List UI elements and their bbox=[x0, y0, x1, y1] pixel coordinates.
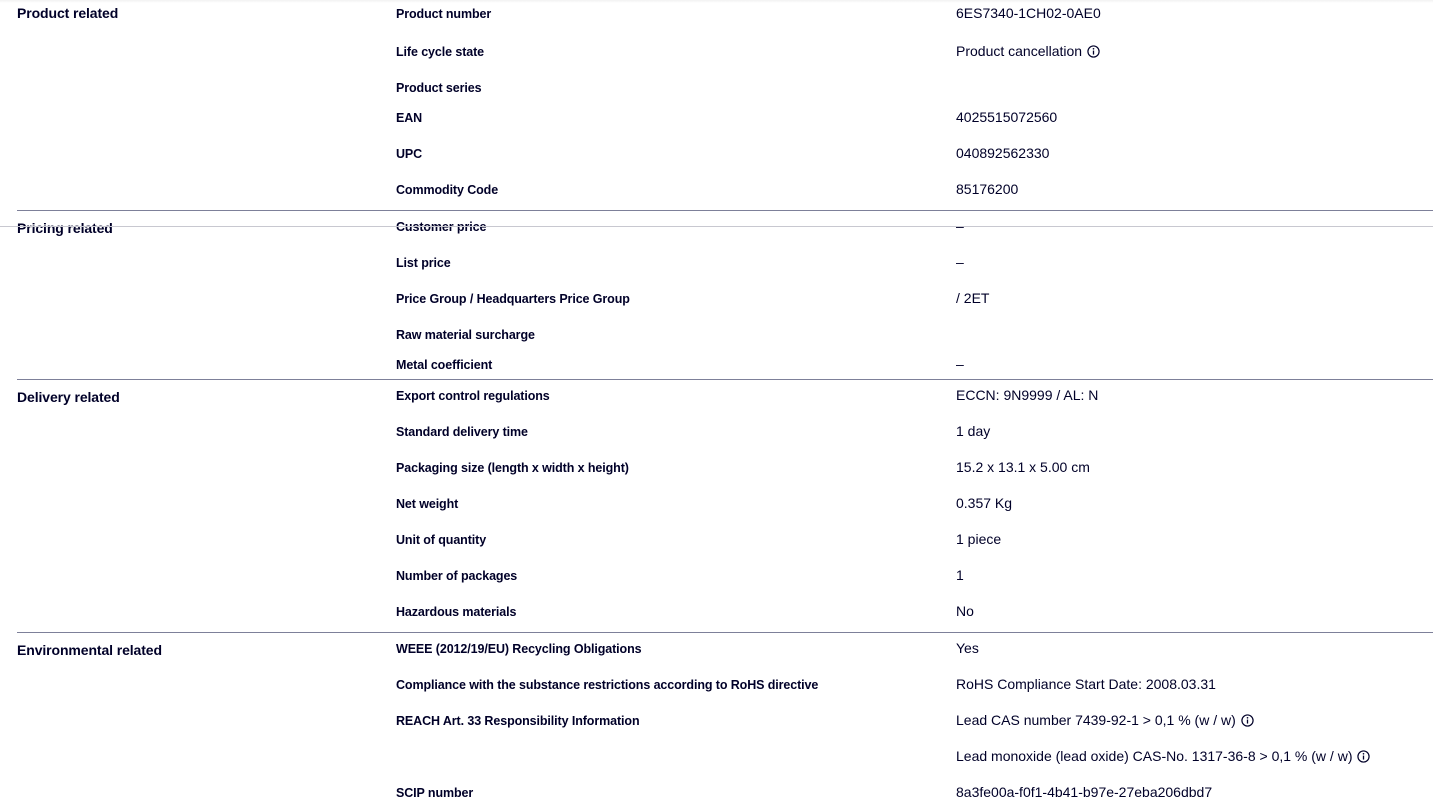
row-label: Number of packages bbox=[396, 569, 517, 583]
row-value-text: ECCN: 9N9999 / AL: N bbox=[956, 387, 1098, 403]
row-label: EAN bbox=[396, 111, 422, 125]
row-value-text: – bbox=[956, 356, 964, 372]
table-row: Lead monoxide (lead oxide) CAS-No. 1317-… bbox=[17, 741, 1433, 777]
row-value: 040892562330 bbox=[956, 145, 1049, 161]
table-row: Price Group / Headquarters Price Group/ … bbox=[17, 283, 1433, 319]
row-label: SCIP number bbox=[396, 786, 473, 800]
row-label: Product series bbox=[396, 81, 481, 95]
row-value-text: Yes bbox=[956, 640, 979, 656]
row-value-text: 1 piece bbox=[956, 531, 1001, 547]
table-row: Compliance with the substance restrictio… bbox=[17, 669, 1433, 705]
row-label: Raw material surcharge bbox=[396, 328, 535, 342]
table-row: REACH Art. 33 Responsibility Information… bbox=[17, 705, 1433, 741]
row-label: List price bbox=[396, 256, 451, 270]
sticky-header-edge bbox=[0, 226, 1433, 227]
info-circle-icon[interactable] bbox=[1241, 714, 1254, 727]
row-label: Commodity Code bbox=[396, 183, 498, 197]
row-value-text: 15.2 x 13.1 x 5.00 cm bbox=[956, 459, 1090, 475]
row-value-text: 6ES7340-1CH02-0AE0 bbox=[956, 5, 1101, 21]
row-value-text: 8a3fe00a-f0f1-4b41-b97e-27eba206dbd7 bbox=[956, 784, 1212, 800]
row-value: – bbox=[956, 356, 964, 372]
row-label: Hazardous materials bbox=[396, 605, 516, 619]
row-label: Unit of quantity bbox=[396, 533, 486, 547]
row-value: 4025515072560 bbox=[956, 109, 1057, 125]
row-value: ECCN: 9N9999 / AL: N bbox=[956, 387, 1098, 403]
section-pricing-related: Pricing relatedCustomer price–List price… bbox=[17, 210, 1433, 379]
row-value: 6ES7340-1CH02-0AE0 bbox=[956, 5, 1101, 21]
row-value-text: / 2ET bbox=[956, 290, 989, 306]
table-row: Commodity Code85176200 bbox=[0, 174, 1433, 210]
table-row: Customer price– bbox=[17, 211, 1433, 247]
table-row: Raw material surcharge bbox=[17, 319, 1433, 349]
table-row: Net weight0.357 Kg bbox=[17, 488, 1433, 524]
row-value: Lead CAS number 7439-92-1 > 0,1 % (w / w… bbox=[956, 712, 1254, 728]
row-value-text: Lead monoxide (lead oxide) CAS-No. 1317-… bbox=[956, 748, 1352, 764]
table-row: Metal coefficient– bbox=[17, 349, 1433, 379]
table-row: Packaging size (length x width x height)… bbox=[17, 452, 1433, 488]
table-row: Standard delivery time1 day bbox=[17, 416, 1433, 452]
row-label: UPC bbox=[396, 147, 422, 161]
row-value: 8a3fe00a-f0f1-4b41-b97e-27eba206dbd7 bbox=[956, 784, 1212, 800]
table-row: Product series bbox=[0, 72, 1433, 102]
product-data-table: Product relatedProduct number6ES7340-1CH… bbox=[0, 0, 1433, 808]
row-value: 1 bbox=[956, 567, 964, 583]
section-product-related: Product relatedProduct number6ES7340-1CH… bbox=[0, 0, 1433, 210]
row-value: RoHS Compliance Start Date: 2008.03.31 bbox=[956, 676, 1216, 692]
info-circle-icon[interactable] bbox=[1357, 750, 1370, 763]
table-row: List price– bbox=[17, 247, 1433, 283]
row-value: 1 piece bbox=[956, 531, 1001, 547]
row-value-text: 85176200 bbox=[956, 181, 1018, 197]
row-label: Standard delivery time bbox=[396, 425, 528, 439]
table-row: WEEE (2012/19/EU) Recycling ObligationsY… bbox=[17, 633, 1433, 669]
row-value: / 2ET bbox=[956, 290, 989, 306]
row-value-text: 040892562330 bbox=[956, 145, 1049, 161]
row-value: 1 day bbox=[956, 423, 990, 439]
row-label: WEEE (2012/19/EU) Recycling Obligations bbox=[396, 642, 641, 656]
row-label: Price Group / Headquarters Price Group bbox=[396, 292, 630, 306]
row-value: – bbox=[956, 254, 964, 270]
table-row: EAN4025515072560 bbox=[0, 102, 1433, 138]
row-value: No bbox=[956, 603, 974, 619]
row-value: 15.2 x 13.1 x 5.00 cm bbox=[956, 459, 1090, 475]
row-label: Packaging size (length x width x height) bbox=[396, 461, 629, 475]
table-row: Number of packages1 bbox=[17, 560, 1433, 596]
table-row: Unit of quantity1 piece bbox=[17, 524, 1433, 560]
table-row: SCIP number8a3fe00a-f0f1-4b41-b97e-27eba… bbox=[17, 777, 1433, 808]
info-circle-icon[interactable] bbox=[1087, 45, 1100, 58]
table-row: Life cycle stateProduct cancellation bbox=[0, 36, 1433, 72]
row-label: Compliance with the substance restrictio… bbox=[396, 678, 818, 692]
row-value-text: – bbox=[956, 254, 964, 270]
row-value-text: No bbox=[956, 603, 974, 619]
table-row: UPC040892562330 bbox=[0, 138, 1433, 174]
row-label: Export control regulations bbox=[396, 389, 550, 403]
row-label: Metal coefficient bbox=[396, 358, 492, 372]
row-value: 0.357 Kg bbox=[956, 495, 1012, 511]
row-value-text: 1 day bbox=[956, 423, 990, 439]
table-row: Export control regulationsECCN: 9N9999 /… bbox=[17, 380, 1433, 416]
row-label: Net weight bbox=[396, 497, 458, 511]
row-value: Lead monoxide (lead oxide) CAS-No. 1317-… bbox=[956, 748, 1370, 764]
row-value-text: Lead CAS number 7439-92-1 > 0,1 % (w / w… bbox=[956, 712, 1236, 728]
row-value: Yes bbox=[956, 640, 979, 656]
row-label: REACH Art. 33 Responsibility Information bbox=[396, 714, 639, 728]
section-delivery-related: Delivery relatedExport control regulatio… bbox=[17, 379, 1433, 632]
row-label: Life cycle state bbox=[396, 45, 484, 59]
row-value-text: RoHS Compliance Start Date: 2008.03.31 bbox=[956, 676, 1216, 692]
row-value-text: 0.357 Kg bbox=[956, 495, 1012, 511]
row-label: Product number bbox=[396, 7, 491, 21]
row-value: Product cancellation bbox=[956, 43, 1100, 59]
row-value: 85176200 bbox=[956, 181, 1018, 197]
row-value-text: 4025515072560 bbox=[956, 109, 1057, 125]
table-row: Product number6ES7340-1CH02-0AE0 bbox=[0, 0, 1433, 36]
table-row: Hazardous materialsNo bbox=[17, 596, 1433, 632]
row-value-text: Product cancellation bbox=[956, 43, 1082, 59]
row-label: Customer price bbox=[396, 220, 486, 234]
row-value-text: 1 bbox=[956, 567, 964, 583]
section-environmental-related: Environmental relatedWEEE (2012/19/EU) R… bbox=[17, 632, 1433, 808]
